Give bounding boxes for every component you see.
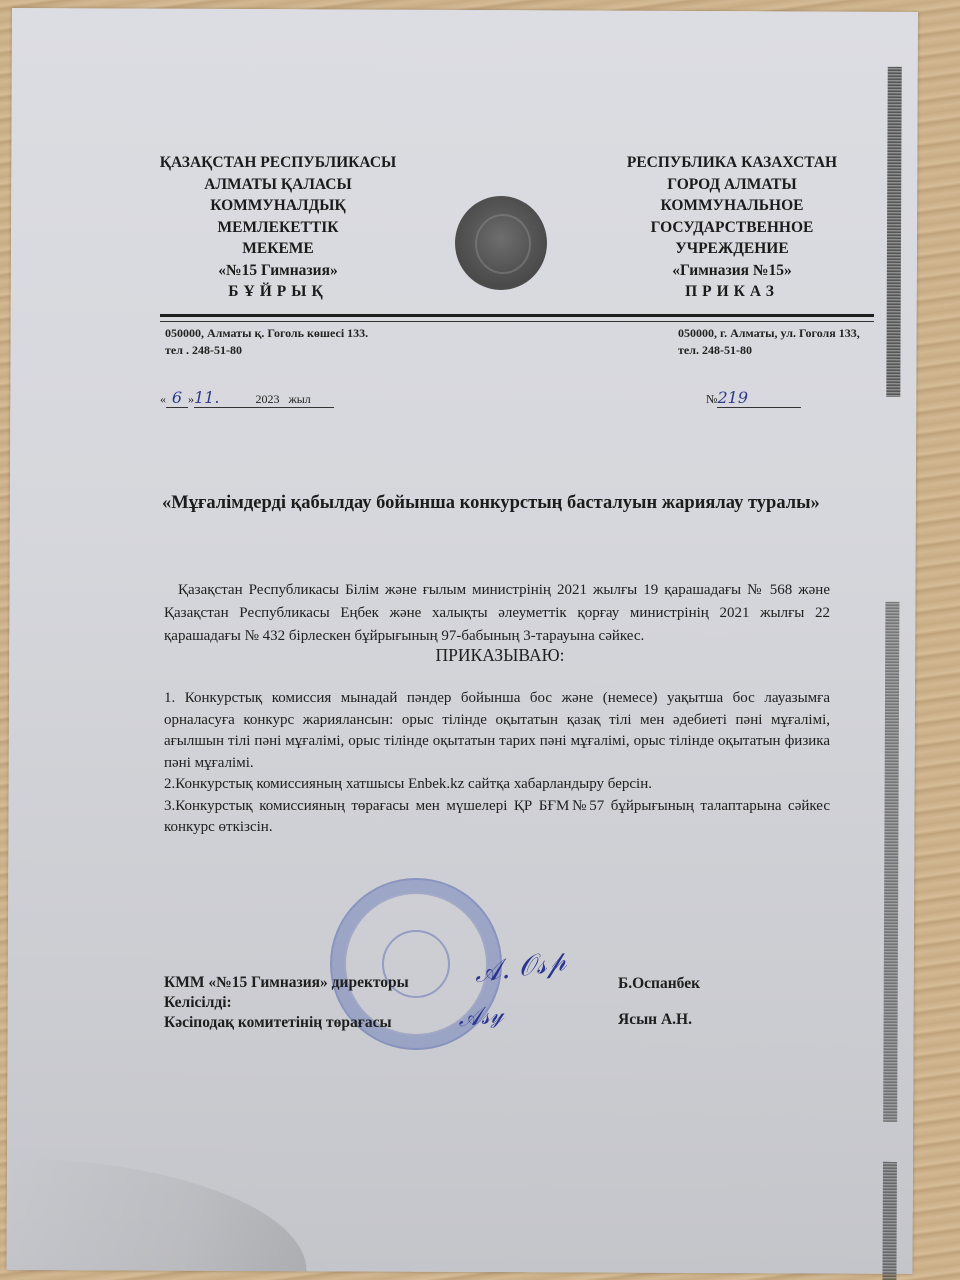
order-item: 2.Конкурстық комиссияның хатшысы Enbek.k… xyxy=(164,774,830,796)
header-divider-thin xyxy=(160,321,874,322)
header-line: КОММУНАЛДЫҚ xyxy=(118,195,438,217)
doc-type-russian: ПРИКАЗ xyxy=(572,281,892,303)
header-line: МЕМЛЕКЕТТІК xyxy=(118,217,438,239)
year-suffix: жыл xyxy=(288,392,310,406)
header-kazakh: ҚАЗАҚСТАН РЕСПУБЛИКАСЫ АЛМАТЫ ҚАЛАСЫ КОМ… xyxy=(118,152,438,303)
date-day: 6 xyxy=(172,388,182,407)
order-item: 3.Конкурстық комиссияның төрағасы мен мү… xyxy=(164,796,830,839)
header-line: ГОСУДАРСТВЕННОЕ xyxy=(572,217,892,239)
address-line: 050000, г. Алматы, ул. Гоголя 133, xyxy=(678,325,860,342)
union-signature-icon: 𝒜𝓈𝓎 xyxy=(457,1000,505,1033)
header-line: ҚАЗАҚСТАН РЕСПУБЛИКАСЫ xyxy=(118,152,438,174)
date-month: 11. xyxy=(194,388,219,407)
order-number: №219 xyxy=(706,388,801,408)
order-items: 1. Конкурстық комиссия мынадай пәндер бо… xyxy=(164,688,830,839)
signatory-titles: КММ «№15 Гимназия» директоры Келісілді: … xyxy=(164,973,409,1033)
order-heading: ПРИКАЗЫВАЮ: xyxy=(0,645,960,666)
number-value: 219 xyxy=(717,388,748,407)
toner-streak xyxy=(882,1162,897,1280)
toner-streak xyxy=(883,602,899,1122)
date-year: 2023 xyxy=(255,392,279,406)
header-line: «Гимназия №15» xyxy=(572,260,892,282)
header-line: «№15 Гимназия» xyxy=(118,260,438,282)
header-line: МЕКЕМЕ xyxy=(118,238,438,260)
phone-line: тел. 248-51-80 xyxy=(678,342,860,359)
union-chair-title: Кәсіподақ комитетінің төрағасы xyxy=(164,1013,409,1033)
paper-fold-shadow xyxy=(6,1158,306,1271)
signatory-names: Б.Оспанбек Ясын А.Н. xyxy=(618,966,700,1038)
order-item: 1. Конкурстық комиссия мынадай пәндер бо… xyxy=(164,688,830,774)
header-divider-thick xyxy=(160,314,874,317)
address-kazakh: 050000, Алматы қ. Гоголь көшесі 133. тел… xyxy=(165,325,368,359)
number-label: № xyxy=(706,392,717,406)
order-date: «6»11. 2023 жыл xyxy=(160,388,334,408)
header-line: АЛМАТЫ ҚАЛАСЫ xyxy=(118,174,438,196)
address-russian: 050000, г. Алматы, ул. Гоголя 133, тел. … xyxy=(678,325,860,359)
header-line: РЕСПУБЛИКА КАЗАХСТАН xyxy=(572,152,892,174)
union-chair-name: Ясын А.Н. xyxy=(618,1002,700,1038)
doc-type-kazakh: БҰЙРЫҚ xyxy=(118,281,438,303)
header-line: КОММУНАЛЬНОЕ xyxy=(572,195,892,217)
header-line: УЧРЕЖДЕНИЕ xyxy=(572,238,892,260)
state-emblem-icon xyxy=(455,196,547,290)
header-russian: РЕСПУБЛИКА КАЗАХСТАН ГОРОД АЛМАТЫ КОММУН… xyxy=(572,152,892,303)
header-line: ГОРОД АЛМАТЫ xyxy=(572,174,892,196)
phone-line: тел . 248-51-80 xyxy=(165,342,368,359)
agreed-label: Келісілді: xyxy=(164,993,409,1013)
document-title: «Мұғалімдерді қабылдау бойынша конкурсты… xyxy=(162,490,842,516)
preamble-text: Қазақстан Республикасы Білім және ғылым … xyxy=(164,579,830,648)
address-line: 050000, Алматы қ. Гоголь көшесі 133. xyxy=(165,325,368,342)
director-name: Б.Оспанбек xyxy=(618,966,700,1002)
director-title: КММ «№15 Гимназия» директоры xyxy=(164,973,409,993)
